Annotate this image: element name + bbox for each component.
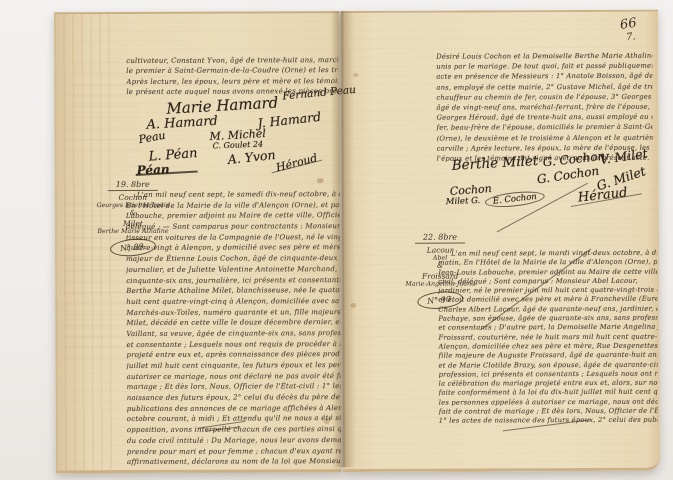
bride-given-names: Berthe Marie Athaline [73,228,193,236]
margin-note-act89: 19. 8bre Cochon Georges Etienne Louis & … [73,172,193,257]
signature-milet-g: Milet G. [446,196,481,207]
handwritten-line: Vaillant, sa veuve, âgée de cinquante-si… [126,328,340,340]
handwritten-line: affirmativement, déclarons au nom de la … [127,456,341,468]
bride-given-names: Marie-Angelina-Juana [381,280,499,288]
handwritten-line: huit cent quatre-vingt-cinq à Alençon, d… [126,296,340,308]
act89-continuation-paragraph: Désiré Louis Cochon et la Demoiselle Ber… [436,51,652,164]
handwritten-line: et consentants ; D'autre part, la Demois… [438,323,657,333]
foxing-spot [317,178,324,183]
ampersand: & [381,261,499,270]
groom-surname: Lacour [381,245,499,255]
handwritten-line: (Orne), le deuxième et le troisième à Al… [437,132,653,143]
handwritten-line: naissance des futurs époux, 2° celui du … [127,392,341,404]
handwritten-line: ans, employé de cette mairie, 2° Gustave… [436,81,652,92]
margin-date: 22. 8bre [415,233,465,244]
handwritten-line: Berthe Marie Athaline Milet, blanchisseu… [126,285,340,297]
handwritten-line: journalier, et de Juliette Valentine Ant… [126,264,340,276]
book-gutter [330,11,356,467]
register-book-spread: cultivateur, Constant Yvon, âgé de trent… [54,10,660,469]
handwritten-line: Milet, décédé en cette ville le douze dé… [126,317,340,329]
folio-secondary-number: 7. [626,31,637,43]
scanned-register-photo: cultivateur, Constant Yvon, âgé de trent… [0,0,673,480]
handwritten-line: le premier à Saint-Germain-de-la-Coudre … [126,65,338,76]
act-number-badge: N° 90. [416,290,464,311]
act-number-badge: N° 89. [109,237,157,258]
margin-date: 19. 8bre [108,180,158,191]
margin-note-act90: 22. 8bre Lacour Abel & Froissard Marie-A… [381,224,499,309]
ampersand: & [73,209,193,218]
handwritten-line: fille majeure de Auguste Froissard, âgé … [438,351,657,361]
handwritten-line: du code civil intitulé : Du Mariage, nou… [127,435,341,447]
handwritten-line: acte en présence de Messieurs : 1° Anato… [436,71,652,82]
handwritten-line: opposition, avons interpellé chacun de c… [127,424,341,436]
handwritten-line: fer, beau-frère de l'épouse, domiciliés … [436,122,652,133]
handwritten-line: juillet mil huit cent cinquante, les fut… [127,360,341,372]
